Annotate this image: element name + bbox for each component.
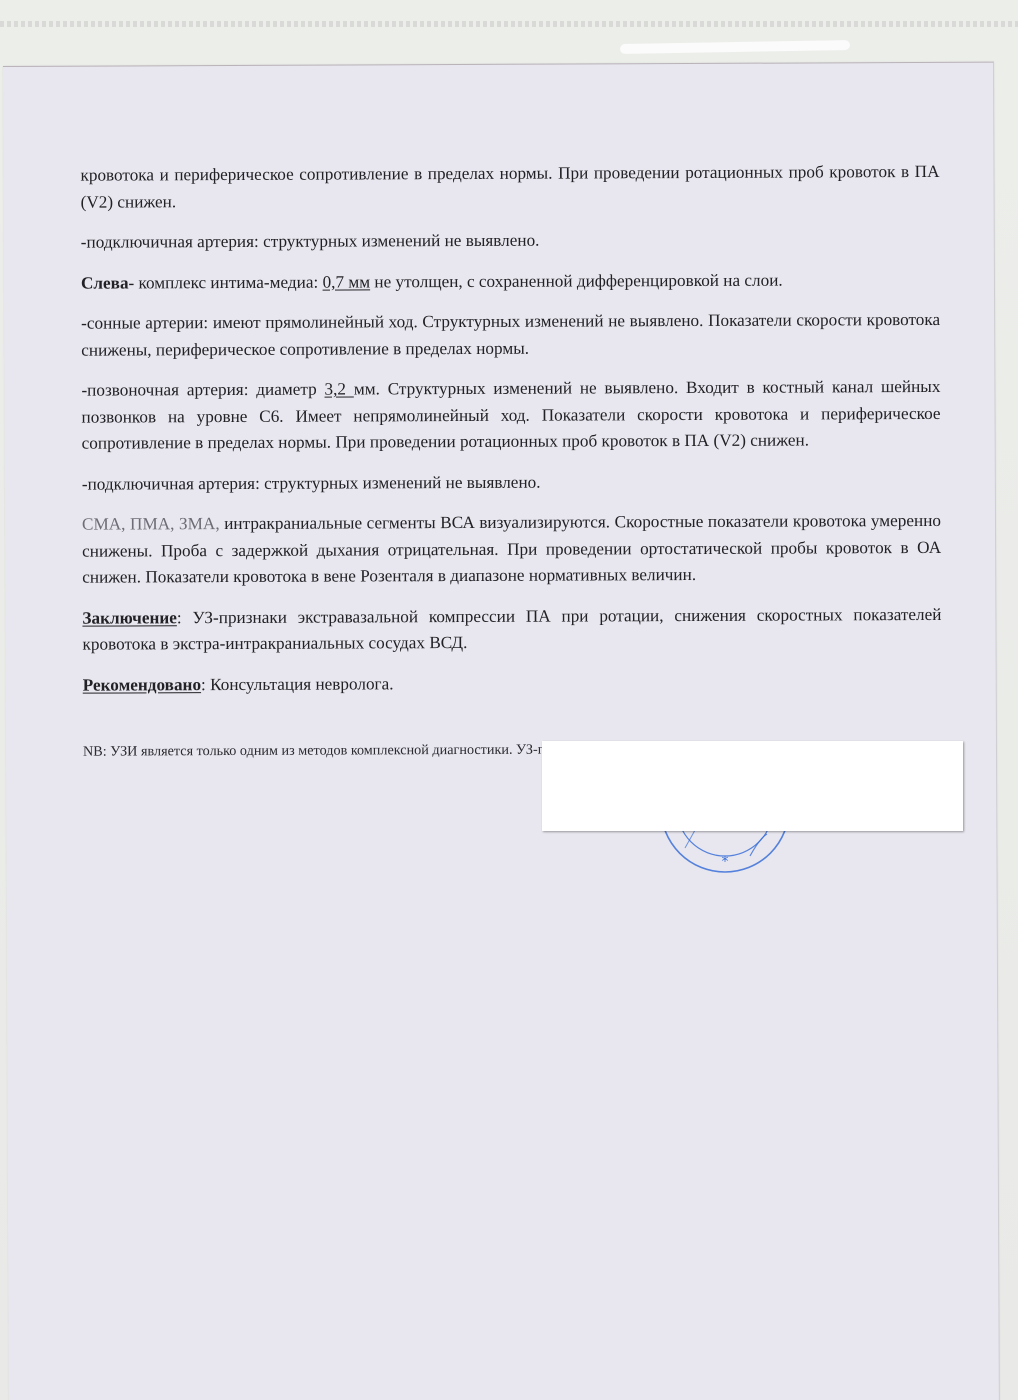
paragraph-right-vertebral-continuation: кровотока и периферическое сопротивление…: [80, 159, 939, 216]
paragraph-text: кровотока и периферическое сопротивление…: [80, 162, 939, 211]
paragraph-right-subclavian: -подключичная артерия: структурных измен…: [81, 226, 940, 256]
document-page: кровотока и периферическое сопротивление…: [3, 62, 1000, 1400]
sleeve-perforation: [0, 21, 1018, 27]
paragraph-left-carotid: -сонные артерии: имеют прямолинейный ход…: [81, 307, 940, 364]
paragraph-text: -позвоночная артерия: диаметр: [81, 380, 324, 400]
paragraph-text: -подключичная артерия: структурных измен…: [82, 472, 541, 493]
recommendation-text: : Консультация невролога.: [201, 674, 394, 694]
paragraph-text: не утолщен, с сохраненной дифференцировк…: [370, 270, 783, 291]
conclusion-text: : УЗ-признаки экстравазальной компрессии…: [82, 604, 941, 653]
redaction-box: [542, 741, 963, 831]
section-label-left: Слева: [81, 273, 129, 292]
paragraph-text: -сонные артерии: имеют прямолинейный ход…: [81, 310, 940, 359]
paragraph-recommendation: Рекомендовано: Консультация невролога.: [83, 668, 942, 698]
paragraph-left-imt: Слева- комплекс интима-медиа: 0,7 мм не …: [81, 266, 940, 296]
vertebral-diameter-value: 3,2: [324, 379, 353, 398]
paragraph-left-subclavian: -подключичная артерия: структурных измен…: [82, 467, 941, 497]
document-body: кровотока и периферическое сопротивление…: [80, 159, 942, 779]
paragraph-lead: СМА, ПМА, ЗМА,: [82, 514, 220, 534]
sleeve-glare: [620, 40, 850, 54]
paragraph-conclusion: Заключение: УЗ-признаки экстравазальной …: [82, 601, 941, 658]
imt-value: 0,7 мм: [322, 272, 370, 291]
paragraph-text: -подключичная артерия: структурных измен…: [81, 231, 540, 252]
paragraph-left-vertebral: -позвоночная артерия: диаметр 3,2 мм. Ст…: [81, 374, 940, 457]
paragraph-text: - комплекс интима-медиа:: [128, 272, 322, 292]
recommendation-label: Рекомендовано: [83, 675, 201, 695]
paragraph-intracranial: СМА, ПМА, ЗМА, интракраниальные сегменты…: [82, 508, 941, 591]
conclusion-label: Заключение: [82, 608, 177, 627]
